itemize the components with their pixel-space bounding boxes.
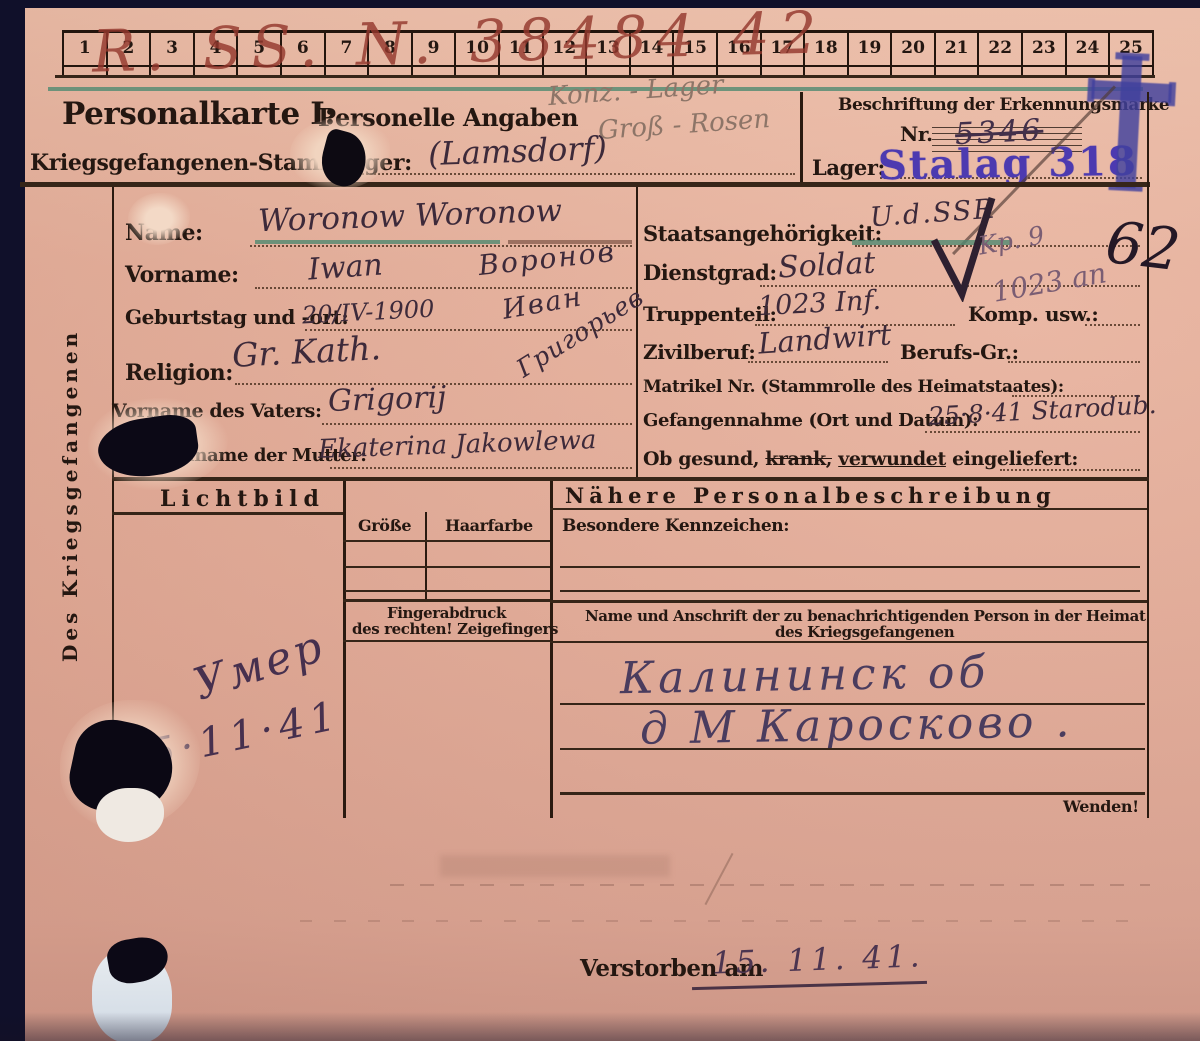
address-rule-3 (560, 792, 1145, 795)
ruler-cell: 23 (1021, 33, 1065, 65)
gesund-part-1: Ob gesund, (643, 448, 759, 470)
lichtbild-divider (343, 481, 346, 818)
notify-line2: des Kriegsgefangenen (775, 623, 954, 641)
card-title: Personalkarte I: (62, 96, 335, 132)
gesund-label: Ob gesund, krank, verwundet eingeliefert… (643, 448, 1078, 470)
kennzeichen-label: Besondere Kennzeichen: (562, 516, 789, 536)
marke-box-left-border (800, 92, 803, 186)
scanned-pow-card: 1234567891011121314151617181920212223242… (0, 0, 1200, 1041)
religion-label: Religion: (125, 360, 233, 386)
middle-divider (550, 481, 553, 818)
box-right-border (1147, 92, 1149, 818)
stammlager-value: (Lamsdorf) (427, 129, 607, 173)
fingerabdruck-line2: des rechten! Zeigefingers (352, 620, 558, 638)
dienstgrad-value: Soldat (777, 245, 876, 285)
gefangennahme-dotted (925, 430, 1140, 433)
corner-number: 62 (1102, 208, 1184, 284)
stammlager-dotted-line (335, 172, 795, 175)
lichtbild-label: Lichtbild (160, 486, 325, 512)
ruler-cell: 22 (977, 33, 1021, 65)
mid-line-2 (345, 566, 550, 568)
kennzeichen-line-2 (560, 590, 1140, 592)
gesund-part-2: krank, (765, 448, 832, 470)
gesund-dotted (1000, 468, 1140, 471)
vater-value: Grigorij (327, 380, 447, 419)
dienstgrad-label: Dienstgrad: (643, 260, 777, 285)
main-rule-top (20, 182, 1150, 187)
bottom-shadow (0, 1012, 1200, 1041)
vorname-label: Vorname: (125, 262, 239, 288)
wenden-label: Wenden! (1063, 797, 1139, 816)
box-center-divider (636, 187, 638, 480)
notify-bottom-border (550, 641, 1147, 643)
name-green-underline (255, 240, 500, 244)
vorname-value: Iwan (307, 247, 384, 287)
side-vertical-text: Des Kriegsgefangenen (58, 332, 82, 662)
cross-stamp-icon (1087, 54, 1174, 190)
address-rule-2 (560, 748, 1145, 750)
berufsgr-dotted (1008, 360, 1140, 363)
address-line2: д М Каросково . (640, 696, 1074, 755)
matrikel-label: Matrikel Nr. (Stammrolle des Heimatstaat… (643, 377, 1064, 397)
personalbeschreibung-title: Nähere Personalbeschreibung (565, 483, 1056, 508)
notify-top-border (550, 600, 1147, 603)
ruler-cell: 20 (890, 33, 934, 65)
zivilberuf-dotted (748, 360, 888, 363)
ghost-line-1 (390, 884, 1150, 886)
komp-dotted (1085, 323, 1140, 326)
lichtbild-underline (112, 512, 343, 515)
religion-value: Gr. Kath. (231, 328, 382, 375)
truppenteil-value: 1023 Inf. (757, 285, 881, 322)
ghost-line-2 (300, 920, 1150, 922)
ghost-smudge (440, 855, 670, 877)
lager-label: Lager: (812, 155, 885, 180)
mid-line-4 (343, 599, 550, 602)
fingerabdruck-underline (343, 640, 550, 642)
gesund-part-4: eingeliefert: (952, 448, 1078, 470)
mid-line-3 (345, 590, 550, 592)
mutter-dotted (330, 466, 632, 469)
groesse-label: Größe (358, 516, 411, 535)
mid-line-1 (343, 540, 550, 542)
kennzeichen-line-1 (560, 566, 1140, 568)
gesund-part-3: verwundet (838, 448, 946, 470)
verstorben-date: 15. 11. 41. (711, 938, 924, 981)
groesse-haarfarbe-divider (425, 512, 427, 600)
ruler-cell: 21 (934, 33, 978, 65)
ruler-cell: 19 (847, 33, 891, 65)
staats-label: Staatsangehörigkeit: (643, 221, 882, 246)
address-line1: Калининск об (620, 647, 990, 704)
rule-section (112, 477, 1149, 481)
zivilberuf-label: Zivilberuf: (643, 340, 755, 364)
personalbeschreibung-underline (550, 508, 1147, 510)
komp-label: Komp. usw.: (968, 302, 1098, 326)
berufsgr-label: Berufs-Gr.: (900, 340, 1019, 364)
haarfarbe-label: Haarfarbe (445, 516, 533, 535)
